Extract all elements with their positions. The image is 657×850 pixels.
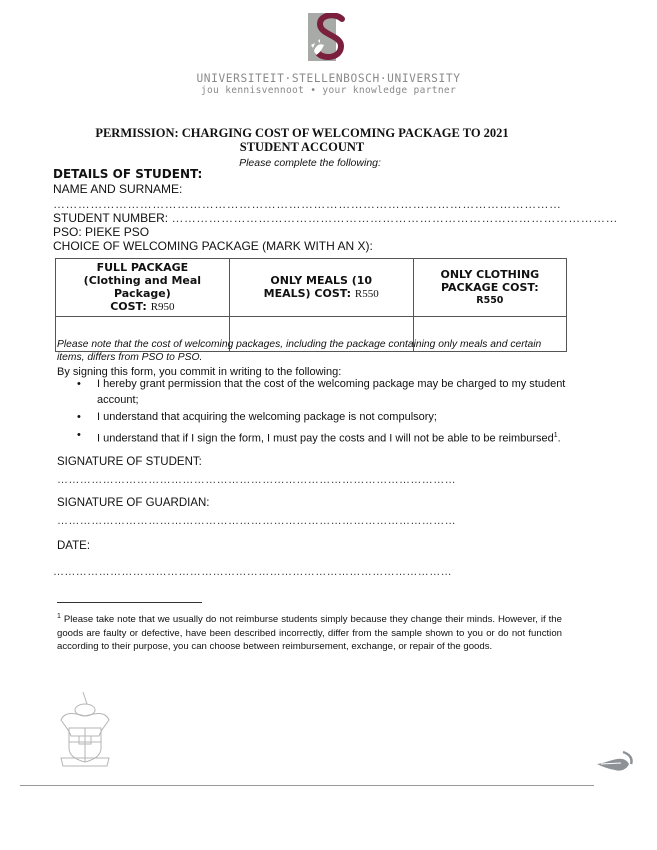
details-heading: DETAILS OF STUDENT:	[53, 167, 202, 181]
form-title-line2: STUDENT ACCOUNT	[52, 140, 552, 154]
date-label: DATE:	[57, 540, 90, 552]
package-meals-title: ONLY MEALS (10	[234, 274, 409, 287]
package-clothing-title: ONLY CLOTHING	[418, 268, 562, 281]
package-full-desc: (Clothing and Meal Package)	[60, 274, 225, 300]
pso-note: Please note that the cost of welcoming p…	[57, 338, 557, 364]
package-full-header: FULL PACKAGE (Clothing and Meal Package)…	[56, 259, 230, 317]
name-field[interactable]: ……………………………………………………………………………………………………………	[53, 197, 561, 211]
student-signature-label: SIGNATURE OF STUDENT:	[57, 456, 202, 468]
package-meals-header: ONLY MEALS (10 MEALS) COST: R550	[229, 259, 413, 317]
university-tagline: jou kennisvennoot • your knowledge partn…	[0, 85, 657, 96]
commitment-item: •I hereby grant permission that the cost…	[57, 377, 577, 408]
page-bottom-rule	[20, 785, 474, 786]
crest-icon	[55, 690, 115, 770]
date-field[interactable]: ……………………………………………………………………………………………	[53, 566, 452, 578]
university-logo	[308, 13, 348, 61]
name-label: NAME AND SURNAME:	[53, 182, 182, 196]
student-number-row: STUDENT NUMBER: …………………………………………………………………	[53, 211, 618, 225]
university-name: UNIVERSITEIT·STELLENBOSCH·UNIVERSITY	[0, 72, 657, 85]
footnote-ref: 1	[554, 432, 558, 439]
form-title: PERMISSION: CHARGING COST OF WELCOMING P…	[52, 126, 552, 154]
student-number-label: STUDENT NUMBER:	[53, 211, 168, 225]
form-title-line1: PERMISSION: CHARGING COST OF WELCOMING P…	[52, 126, 552, 140]
student-signature-field[interactable]: ……………………………………………………………………………………………	[57, 474, 456, 486]
choice-label: CHOICE OF WELCOMING PACKAGE (MARK WITH A…	[53, 239, 373, 253]
package-meals-cost: MEALS) COST: R550	[234, 287, 409, 301]
protea-leaf-emblem-icon	[595, 750, 635, 776]
package-clothing-cost-label: PACKAGE COST:	[418, 281, 562, 294]
package-clothing-header: ONLY CLOTHING PACKAGE COST: R550	[413, 259, 566, 317]
commitment-item: •I understand that acquiring the welcomi…	[57, 410, 577, 426]
footnote: 1 Please take note that we usually do no…	[57, 610, 562, 654]
page-bottom-rule	[474, 785, 594, 786]
package-full-title: FULL PACKAGE	[60, 261, 225, 274]
package-clothing-cost: R550	[418, 294, 562, 307]
commitment-item: •I understand that if I sign the form, I…	[57, 428, 577, 447]
pso-line: PSO: PIEKE PSO	[53, 225, 149, 239]
student-number-field[interactable]: ………………………………………………………………………………………………	[171, 211, 617, 225]
stellenbosch-s-logo-icon	[308, 13, 348, 61]
footnote-divider	[57, 602, 202, 603]
guardian-signature-field[interactable]: ……………………………………………………………………………………………	[57, 515, 456, 527]
commitment-list: •I hereby grant permission that the cost…	[57, 375, 577, 447]
package-full-cost: COST: R950	[60, 300, 225, 314]
guardian-signature-label: SIGNATURE OF GUARDIAN:	[57, 497, 210, 509]
